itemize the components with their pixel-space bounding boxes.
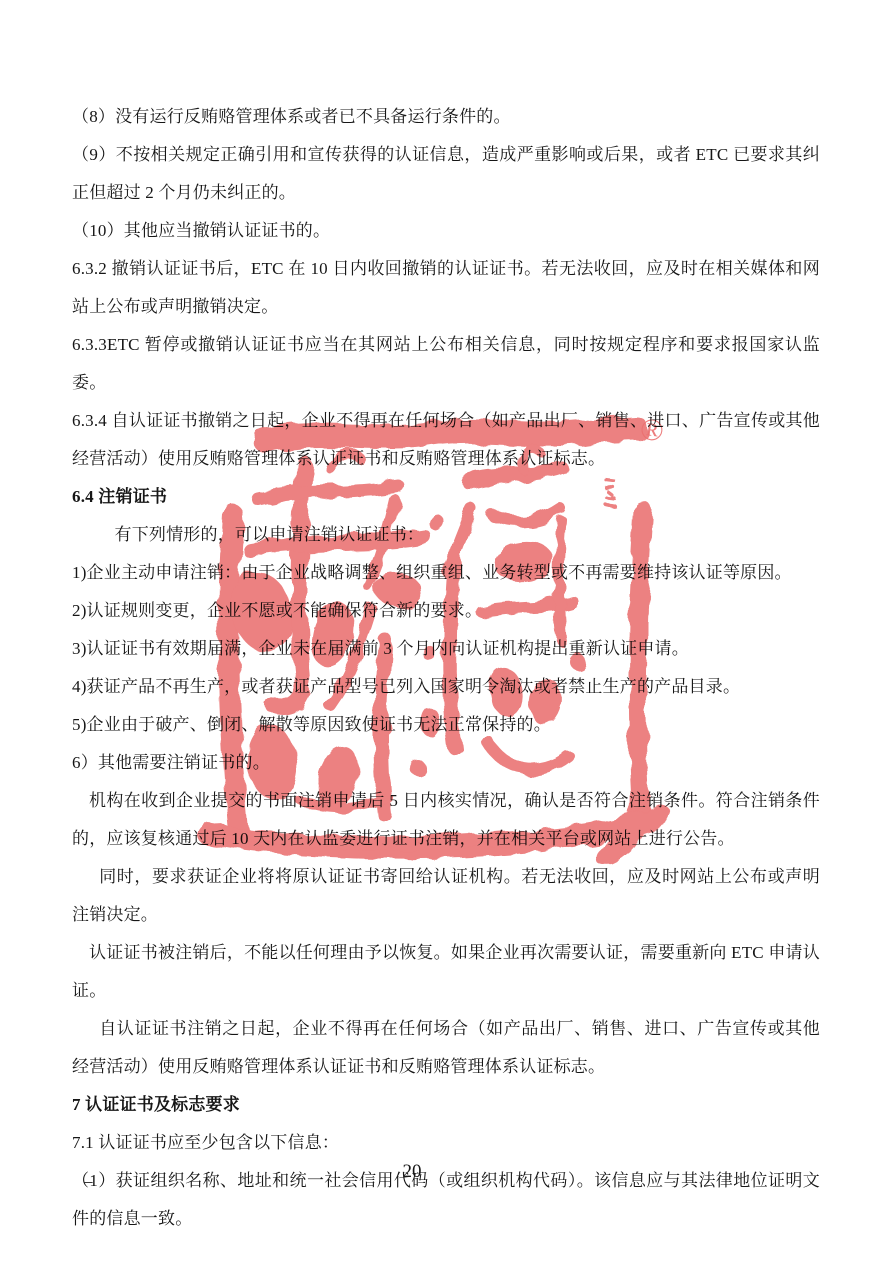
paragraph-return: 同时，要求获证企业将将原认证证书寄回给认证机构。若无法收回，应及时网站上公布或声… [72,858,820,934]
heading-6-4: 6.4 注销证书 [72,478,820,516]
list-item-4: 4)获证产品不再生产，或者获证产品型号已列入国家明令淘汰或者禁止生产的产品目录。 [72,668,820,706]
paragraph-intro-cancel: 有下列情形的，可以申请注销认证证书： [72,516,820,554]
footer-underscore: _ [84,1166,93,1186]
clause-6-3-2: 6.3.2 撤销认证证书后，ETC 在 10 日内收回撤销的认证证书。若无法收回… [72,250,820,326]
list-item-3: 3)认证证书有效期届满，企业未在届满前 3 个月内向认证机构提出重新认证申请。 [72,630,820,668]
paragraph-verify: 机构在收到企业提交的书面注销申请后 5 日内核实情况，确认是否符合注销条件。符合… [72,782,820,858]
page-number: 20 [392,1160,432,1184]
clause-7-1-1: （1）获证组织名称、地址和统一社会信用代码（或组织机构代码）。该信息应与其法律地… [72,1162,820,1238]
list-item-1: 1)企业主动申请注销：由于企业战略调整、组织重组、业务转型或不再需要维持该认证等… [72,554,820,592]
list-item-5: 5)企业由于破产、倒闭、解散等原因致使证书无法正常保持的。 [72,706,820,744]
clause-7-1: 7.1 认证证书应至少包含以下信息： [72,1124,820,1162]
heading-7: 7 认证证书及标志要求 [72,1086,820,1124]
clause-6-3-3: 6.3.3ETC 暂停或撤销认证证书应当在其网站上公布相关信息，同时按规定程序和… [72,326,820,402]
clause-6-3-4: 6.3.4 自认证证书撤销之日起，企业不得再在任何场合（如产品出厂、销售、进口、… [72,402,820,478]
list-item-6: 6）其他需要注销证书的。 [72,744,820,782]
document-page: （8）没有运行反贿赂管理体系或者已不具备运行条件的。 （9）不按相关规定正确引用… [0,0,892,1262]
clause-8: （8）没有运行反贿赂管理体系或者已不具备运行条件的。 [72,98,820,136]
paragraph-usage: 自认证证书注销之日起，企业不得再在任何场合（如产品出厂、销售、进口、广告宣传或其… [72,1010,820,1086]
document-body: （8）没有运行反贿赂管理体系或者已不具备运行条件的。 （9）不按相关规定正确引用… [72,98,820,1238]
list-item-2: 2)认证规则变更，企业不愿或不能确保符合新的要求。 [72,592,820,630]
clause-9: （9）不按相关规定正确引用和宣传获得的认证信息，造成严重影响或后果，或者 ETC… [72,136,820,212]
clause-10: （10）其他应当撤销认证证书的。 [72,212,820,250]
paragraph-restore: 认证证书被注销后，不能以任何理由予以恢复。如果企业再次需要认证，需要重新向 ET… [72,934,820,1010]
